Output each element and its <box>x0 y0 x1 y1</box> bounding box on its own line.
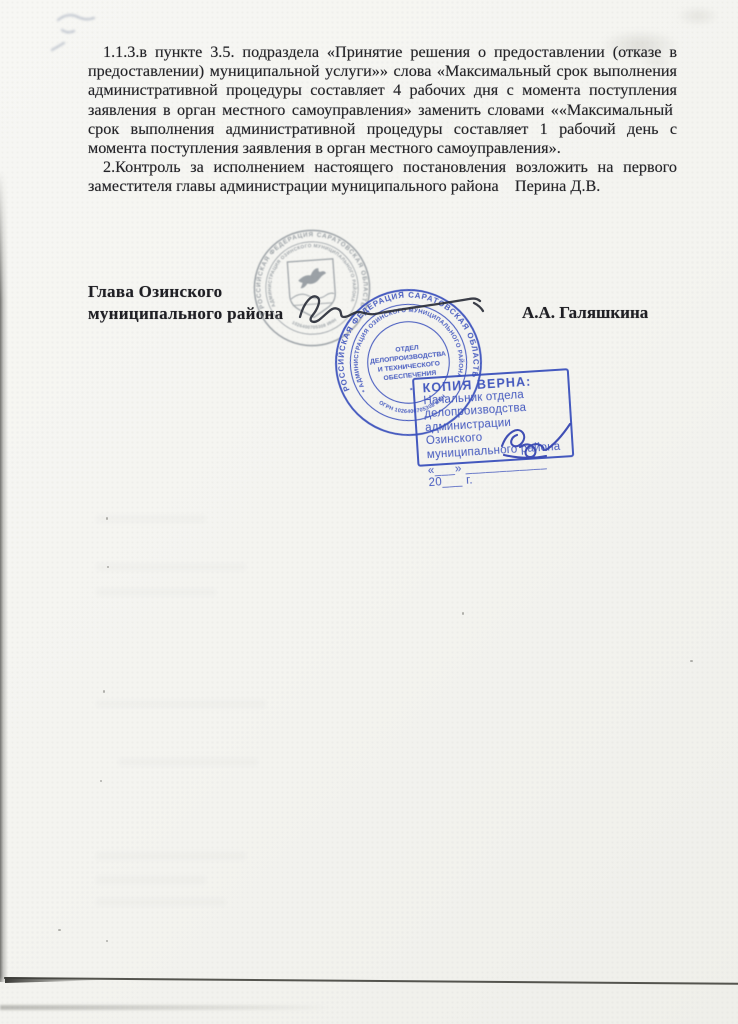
bleed-through-text-trace <box>96 515 206 523</box>
scan-left-edge-shadow <box>0 170 8 982</box>
handwritten-signature-head <box>288 285 490 331</box>
scan-speck <box>106 517 108 520</box>
scan-speck <box>100 780 102 782</box>
bleed-through-text-trace <box>96 700 266 708</box>
bleed-through-text-trace <box>96 876 206 884</box>
scan-speck <box>107 566 109 568</box>
scan-speck <box>58 929 61 931</box>
scan-smudge-top-right-2 <box>676 6 720 26</box>
bleed-through-text-trace <box>96 588 216 596</box>
scan-paper-bottom-edge <box>4 977 738 985</box>
bleed-through-text-trace <box>96 852 246 860</box>
handwritten-signature-clerk <box>494 416 580 462</box>
bleed-through-text-trace <box>96 898 226 906</box>
scan-speck <box>462 612 464 615</box>
paragraph-amendment: 1.1.3.в пункте 3.5. подраздела «Принятие… <box>88 43 677 158</box>
scanned-document-page: 1.1.3.в пункте 3.5. подраздела «Принятие… <box>0 0 738 1024</box>
paragraph-control: 2.Контроль за исполнением настоящего пос… <box>88 158 677 196</box>
seal-center-line1: ОТДЕЛ <box>395 344 419 353</box>
scan-bottom-edge-wedge <box>5 977 100 983</box>
signatory-name: А.А. Галяшкина <box>522 303 648 323</box>
scan-speck <box>690 660 693 662</box>
bleed-through-text-trace <box>118 758 258 766</box>
document-body: 1.1.3.в пункте 3.5. подраздела «Принятие… <box>88 43 677 197</box>
scan-speck <box>103 690 105 693</box>
scan-speck <box>106 940 108 942</box>
scan-bottom-smudge <box>0 1005 330 1010</box>
bleed-through-text-trace <box>96 563 246 571</box>
